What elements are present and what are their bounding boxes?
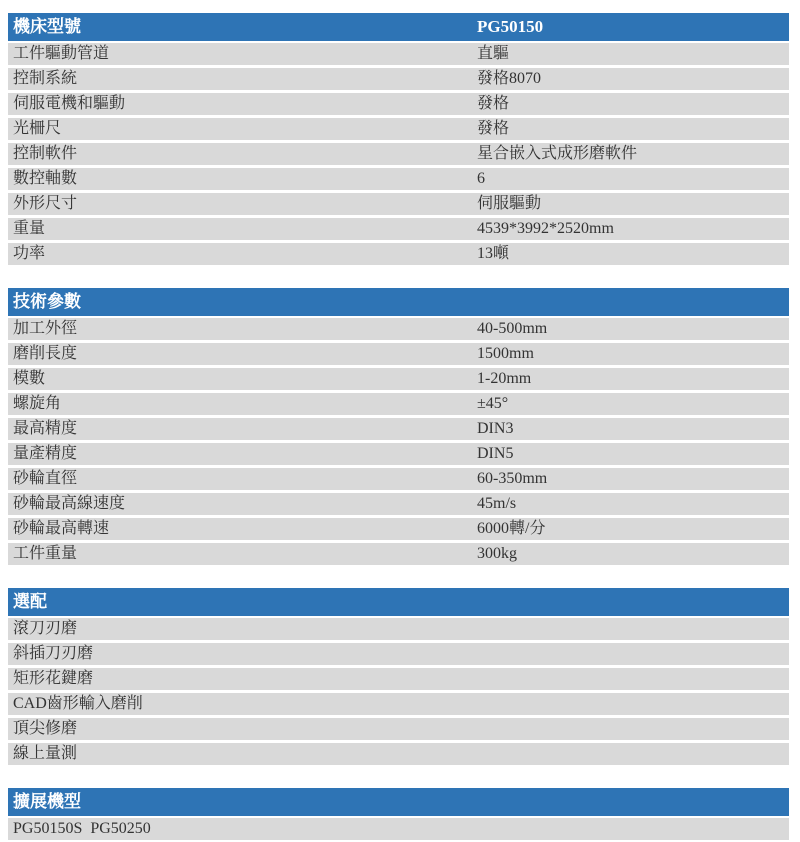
table-row: 控制系統 發格8070 [8, 68, 789, 90]
spec-label: 工件驅動管道 [8, 43, 477, 65]
spec-label: PG50150S PG50250 [8, 818, 477, 840]
table-row: 線上量測 [8, 743, 789, 765]
table-row: 數控軸數 6 [8, 168, 789, 190]
table-row: 砂輪直徑 60-350mm [8, 468, 789, 490]
section-header-label: 擴展機型 [8, 788, 477, 816]
spec-value: 13噸 [477, 243, 789, 265]
spec-value: 1-20mm [477, 368, 789, 390]
spec-label: 矩形花鍵磨 [8, 668, 477, 690]
table-row: 加工外徑 40-500mm [8, 318, 789, 340]
spec-label: 加工外徑 [8, 318, 477, 340]
spec-value: 發格 [477, 93, 789, 115]
spec-value: ±45° [477, 393, 789, 415]
table-row: 斜插刀刃磨 [8, 643, 789, 665]
table-row: 螺旋角 ±45° [8, 393, 789, 415]
table-row: 量產精度 DIN5 [8, 443, 789, 465]
table-row: 外形尺寸 伺服驅動 [8, 193, 789, 215]
spec-label: 螺旋角 [8, 393, 477, 415]
section-header: 選配 [8, 588, 789, 616]
spec-value: DIN5 [477, 443, 789, 465]
section-extended-models: 擴展機型 PG50150S PG50250 [8, 788, 789, 842]
spec-value: 4539*3992*2520mm [477, 218, 789, 240]
spec-label: 功率 [8, 243, 477, 265]
table-row: 伺服電機和驅動 發格 [8, 93, 789, 115]
spec-value: 直驅 [477, 43, 789, 65]
spec-value: 星合嵌入式成形磨軟件 [477, 143, 789, 165]
section-options: 選配 滾刀刃磨 斜插刀刃磨 矩形花鍵磨 CAD齒形輸入磨削 頂尖修磨 線上量測 [8, 588, 789, 768]
table-row: 矩形花鍵磨 [8, 668, 789, 690]
table-row: 光柵尺 發格 [8, 118, 789, 140]
section-header-value: PG50150 [477, 13, 789, 41]
section-header-label: 機床型號 [8, 13, 477, 41]
section-header: 擴展機型 [8, 788, 789, 816]
spec-label: 數控軸數 [8, 168, 477, 190]
section-header: 技術參數 [8, 288, 789, 316]
spec-value: 6000轉/分 [477, 518, 789, 540]
spec-label: 最高精度 [8, 418, 477, 440]
table-row: 最高精度 DIN3 [8, 418, 789, 440]
spec-label: CAD齒形輸入磨削 [8, 693, 477, 715]
table-row: 砂輪最高轉速 6000轉/分 [8, 518, 789, 540]
table-row: PG50150S PG50250 [8, 818, 789, 840]
spec-value: 45m/s [477, 493, 789, 515]
section-header-label: 技術參數 [8, 288, 477, 316]
table-row: 磨削長度 1500mm [8, 343, 789, 365]
spec-label: 伺服電機和驅動 [8, 93, 477, 115]
spec-label: 重量 [8, 218, 477, 240]
section-technical-parameters: 技術參數 加工外徑 40-500mm 磨削長度 1500mm 模數 1-20mm… [8, 288, 789, 568]
spec-label: 控制系統 [8, 68, 477, 90]
spec-label: 砂輪最高轉速 [8, 518, 477, 540]
spec-label: 控制軟件 [8, 143, 477, 165]
spec-value: 發格 [477, 118, 789, 140]
table-row: 工件重量 300kg [8, 543, 789, 565]
spec-value: 1500mm [477, 343, 789, 365]
section-header-label: 選配 [8, 588, 477, 616]
table-row: 頂尖修磨 [8, 718, 789, 740]
spec-value: 40-500mm [477, 318, 789, 340]
spec-label: 外形尺寸 [8, 193, 477, 215]
table-row: 砂輪最高線速度 45m/s [8, 493, 789, 515]
table-row: 工件驅動管道 直驅 [8, 43, 789, 65]
spec-label: 砂輪最高線速度 [8, 493, 477, 515]
spec-label: 磨削長度 [8, 343, 477, 365]
section-machine-model: 機床型號 PG50150 工件驅動管道 直驅 控制系統 發格8070 伺服電機和… [8, 13, 789, 268]
table-row: 控制軟件 星合嵌入式成形磨軟件 [8, 143, 789, 165]
spec-value: 60-350mm [477, 468, 789, 490]
table-row: 模數 1-20mm [8, 368, 789, 390]
spec-value: 6 [477, 168, 789, 190]
table-row: 功率 13噸 [8, 243, 789, 265]
spec-label: 砂輪直徑 [8, 468, 477, 490]
spec-label: 頂尖修磨 [8, 718, 477, 740]
table-row: CAD齒形輸入磨削 [8, 693, 789, 715]
spec-value: 伺服驅動 [477, 193, 789, 215]
spec-label: 線上量測 [8, 743, 477, 765]
spec-label: 滾刀刃磨 [8, 618, 477, 640]
section-header: 機床型號 PG50150 [8, 13, 789, 41]
table-row: 滾刀刃磨 [8, 618, 789, 640]
spec-label: 斜插刀刃磨 [8, 643, 477, 665]
spec-label: 光柵尺 [8, 118, 477, 140]
spec-value: DIN3 [477, 418, 789, 440]
spec-value: 發格8070 [477, 68, 789, 90]
spec-sheet-page: 機床型號 PG50150 工件驅動管道 直驅 控制系統 發格8070 伺服電機和… [0, 0, 800, 842]
spec-label: 量產精度 [8, 443, 477, 465]
table-row: 重量 4539*3992*2520mm [8, 218, 789, 240]
spec-label: 模數 [8, 368, 477, 390]
spec-value: 300kg [477, 543, 789, 565]
spec-label: 工件重量 [8, 543, 477, 565]
